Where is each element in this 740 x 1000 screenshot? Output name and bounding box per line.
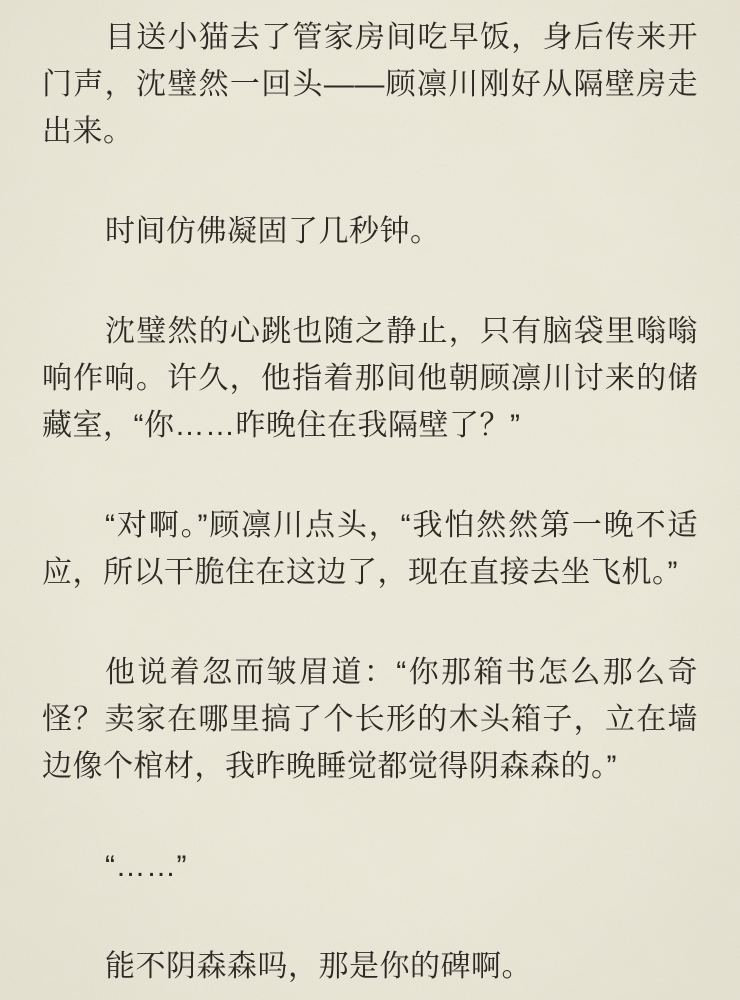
paragraph: “……” xyxy=(42,843,698,890)
reader-text-area[interactable]: 目送小猫去了管家房间吃早饭，身后传来开门声，沈璧然一回头——顾凛川刚好从隔壁房走… xyxy=(0,0,740,1000)
paragraph: 能不阴森森吗，那是你的碑啊。 xyxy=(42,943,698,990)
paragraph: 他说着忽而皱眉道：“你那箱书怎么那么奇怪？卖家在哪里搞了个长形的木头箱子，立在墙… xyxy=(42,649,698,790)
paragraph: 目送小猫去了管家房间吃早饭，身后传来开门声，沈璧然一回头——顾凛川刚好从隔壁房走… xyxy=(42,14,698,155)
paragraph: 沈璧然的心跳也随之静止，只有脑袋里嗡嗡响作响。许久，他指着那间他朝顾凛川讨来的储… xyxy=(42,308,698,449)
paragraph: “对啊。”顾凛川点头，“我怕然然第一晚不适应，所以干脆住在这边了，现在直接去坐飞… xyxy=(42,502,698,596)
paragraph: 时间仿佛凝固了几秒钟。 xyxy=(42,208,698,255)
reader-page: 目送小猫去了管家房间吃早饭，身后传来开门声，沈璧然一回头——顾凛川刚好从隔壁房走… xyxy=(0,0,740,1000)
